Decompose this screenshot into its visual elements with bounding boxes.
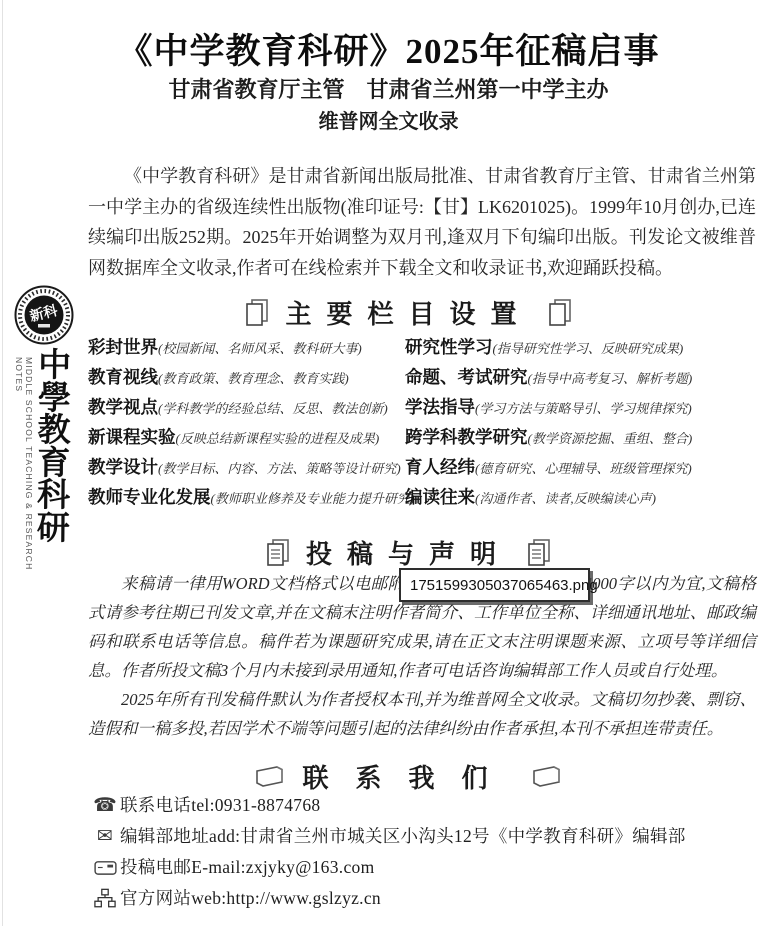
column-item: 新课程实验(反映总结新课程实验的进程及成果) <box>88 424 408 454</box>
column-item: 教师专业化发展(教师职业修养及专业能力提升研究) <box>88 484 408 514</box>
column-title: 学法指导 <box>405 397 475 417</box>
column-item: 教学设计(教学目标、内容、方法、策略等设计研究) <box>88 454 408 484</box>
section-header-contact: 联系我们 <box>40 758 777 795</box>
columns-list-right: 研究性学习(指导研究性学习、反映研究成果) 命题、考试研究(指导中高考复习、解析… <box>405 334 765 514</box>
section-header-submission: 投稿与声明 <box>40 534 777 571</box>
column-title: 新课程实验 <box>88 427 176 447</box>
column-item: 教育视线(教育政策、教育理念、教育实践) <box>88 364 408 394</box>
column-item: 研究性学习(指导研究性学习、反映研究成果) <box>405 334 765 364</box>
column-desc: (沟通作者、读者,反映编读心声) <box>475 491 656 506</box>
pages-icon <box>548 299 572 327</box>
image-filename-text: 1751599305037065463.png <box>410 577 598 594</box>
column-title: 教育视线 <box>88 367 158 387</box>
columns-list-left: 彩封世界(校园新闻、名师风采、教科研大事) 教育视线(教育政策、教育理念、教育实… <box>88 334 408 514</box>
contact-row-email: 投稿电邮E-mail:zxjyky@163.com <box>90 856 686 877</box>
column-desc: (教学资源挖掘、重组、整合) <box>528 431 693 446</box>
folded-page-icon <box>531 764 563 790</box>
page-edge-line <box>2 0 3 926</box>
column-item: 跨学科教学研究(教学资源挖掘、重组、整合) <box>405 424 765 454</box>
section-title-submission: 投稿与声明 <box>306 534 511 571</box>
column-title: 育人经纬 <box>405 457 475 477</box>
contact-row-phone: ☎ 联系电话tel:0931-8874768 <box>90 794 686 815</box>
index-note: 维普网全文收录 <box>0 105 777 134</box>
intro-paragraph-block: 《中学教育科研》是甘肃省新闻出版局批准、甘肃省教育厅主管、甘肃省兰州第一中学主办… <box>88 161 756 283</box>
column-desc: (校园新闻、名师风采、教科研大事) <box>158 341 362 356</box>
column-title: 跨学科教学研究 <box>405 427 528 447</box>
page-subtitle: 甘肃省教育厅主管 甘肃省兰州第一中学主办 <box>0 73 777 104</box>
column-title: 命题、考试研究 <box>405 367 528 387</box>
address-icon: ✉ <box>90 825 120 847</box>
website-icon <box>90 887 120 909</box>
contact-address-label: 编辑部地址add:甘肃省兰州市城关区小沟头12号《中学教育科研》编辑部 <box>120 823 686 848</box>
column-title: 教学视点 <box>88 397 158 417</box>
document-pages-icon <box>527 539 551 567</box>
column-title: 编读往来 <box>405 487 475 507</box>
column-item: 命题、考试研究(指导中高考复习、解析考题) <box>405 364 765 394</box>
contact-email-label: 投稿电邮E-mail:zxjyky@163.com <box>120 854 374 879</box>
section-header-columns: 主要栏目设置 <box>40 294 777 331</box>
column-desc: (德育研究、心理辅导、班级管理探究) <box>475 461 692 476</box>
column-desc: (学科教学的经验总结、反思、教法创新) <box>158 401 388 416</box>
column-desc: (教育政策、教育理念、教育实践) <box>158 371 349 386</box>
section-title-contact: 联系我们 <box>302 758 514 795</box>
pages-icon <box>245 299 269 327</box>
phone-icon: ☎ <box>90 794 120 816</box>
column-title: 彩封世界 <box>88 337 158 357</box>
column-item: 彩封世界(校园新闻、名师风采、教科研大事) <box>88 334 408 364</box>
document-pages-icon <box>266 539 290 567</box>
sidebar-calligraphy-title: 中學教育科研 <box>33 349 75 544</box>
column-desc: (教学目标、内容、方法、策略等设计研究) <box>158 461 401 476</box>
column-desc: (指导中高考复习、解析考题) <box>528 371 693 386</box>
column-desc: (学习方法与策略导引、学习规律探究) <box>475 401 692 416</box>
section-title-columns: 主要栏目设置 <box>285 294 531 331</box>
folded-page-icon <box>254 764 286 790</box>
page-title: 《中学教育科研》2025年征稿启事 <box>0 24 777 74</box>
column-desc: (反映总结新课程实验的进程及成果) <box>176 431 380 446</box>
column-title: 研究性学习 <box>405 337 493 357</box>
column-item: 学法指导(学习方法与策略导引、学习规律探究) <box>405 394 765 424</box>
sidebar-english-title: MIDDLE SCHOOL TEACHING & RESEARCH NOTES <box>14 357 34 577</box>
contact-row-address: ✉ 编辑部地址add:甘肃省兰州市城关区小沟头12号《中学教育科研》编辑部 <box>90 825 686 846</box>
contact-row-website: 官方网站web:http://www.gslzyz.cn <box>90 887 686 908</box>
column-title: 教师专业化发展 <box>88 487 211 507</box>
intro-paragraph: 《中学教育科研》是甘肃省新闻出版局批准、甘肃省教育厅主管、甘肃省兰州第一中学主办… <box>88 161 756 283</box>
column-title: 教学设计 <box>88 457 158 477</box>
journal-notice-page: 《中学教育科研》2025年征稿启事 甘肃省教育厅主管 甘肃省兰州第一中学主办 维… <box>0 0 777 926</box>
contact-phone-label: 联系电话tel:0931-8874768 <box>120 792 320 817</box>
column-desc: (教师职业修养及专业能力提升研究) <box>211 491 415 506</box>
column-desc: (指导研究性学习、反映研究成果) <box>493 341 684 356</box>
contact-website-label: 官方网站web:http://www.gslzyz.cn <box>120 885 381 910</box>
submission-paragraph-2: 2025年所有刊发稿件默认为作者授权本刊,并为维普网全文收录。文稿切勿抄袭、剽窃… <box>88 685 756 743</box>
column-item: 育人经纬(德育研究、心理辅导、班级管理探究) <box>405 454 765 484</box>
column-item: 教学视点(学科教学的经验总结、反思、教法创新) <box>88 394 408 424</box>
column-item: 编读往来(沟通作者、读者,反映编读心声) <box>405 484 765 514</box>
email-icon <box>90 856 120 878</box>
contact-list: ☎ 联系电话tel:0931-8874768 ✉ 编辑部地址add:甘肃省兰州市… <box>90 794 686 918</box>
image-filename-overlay: 1751599305037065463.png <box>399 568 590 602</box>
